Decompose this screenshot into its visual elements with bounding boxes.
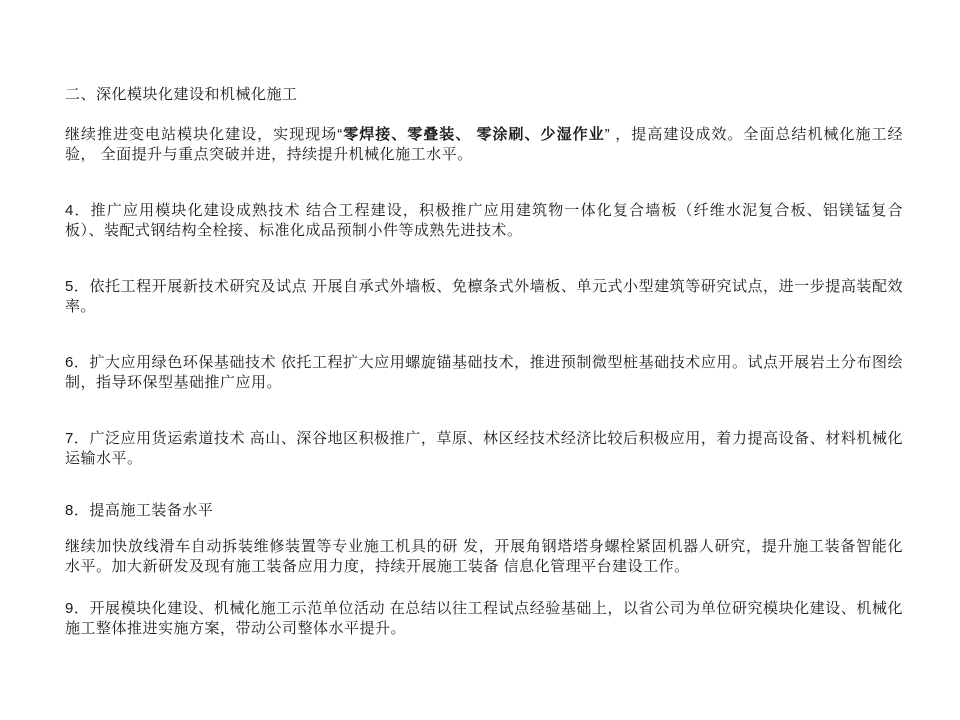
emphasized-quoted-phrase: 零焊接、零叠装、 零涂刷、少湿作业 <box>343 126 605 143</box>
section-heading: 二、深化模块化建设和机械化施工 <box>65 85 903 105</box>
numbered-item-8-heading: 8．提高施工装备水平 <box>65 501 903 521</box>
numbered-item-5: 5．依托工程开展新技术研究及试点 开展自承式外墙板、免檩条式外墙板、单元式小型建… <box>65 277 903 317</box>
text-content: 二、深化模块化建设和机械化施工 继续推进变电站模块化建设，实现现场“零焊接、零叠… <box>65 85 903 639</box>
numbered-item-9: 9．开展模块化建设、机械化施工示范单位活动 在总结以往工程试点经验基础上，以省公… <box>65 599 903 639</box>
numbered-item-7: 7．广泛应用货运索道技术 高山、深谷地区积极推广，草原、林区经技术经济比较后积极… <box>65 429 903 469</box>
paragraph-intro: 继续推进变电站模块化建设，实现现场“零焊接、零叠装、 零涂刷、少湿作业” ，提高… <box>65 125 903 165</box>
document-page: 二、深化模块化建设和机械化施工 继续推进变电站模块化建设，实现现场“零焊接、零叠… <box>0 0 960 720</box>
numbered-item-4: 4．推广应用模块化建设成熟技术 结合工程建设，积极推广应用建筑物一体化复合墙板（… <box>65 201 903 241</box>
intro-text-before-quote: 继续推进变电站模块化建设，实现现场“ <box>65 126 343 143</box>
item-8-body-paragraph: 继续加快放线滑车自动拆装维修装置等专业施工机具的研 发，开展角钢塔塔身螺栓紧固机… <box>65 537 903 577</box>
numbered-item-6: 6．扩大应用绿色环保基础技术 依托工程扩大应用螺旋锚基础技术，推进预制微型桩基础… <box>65 353 903 393</box>
